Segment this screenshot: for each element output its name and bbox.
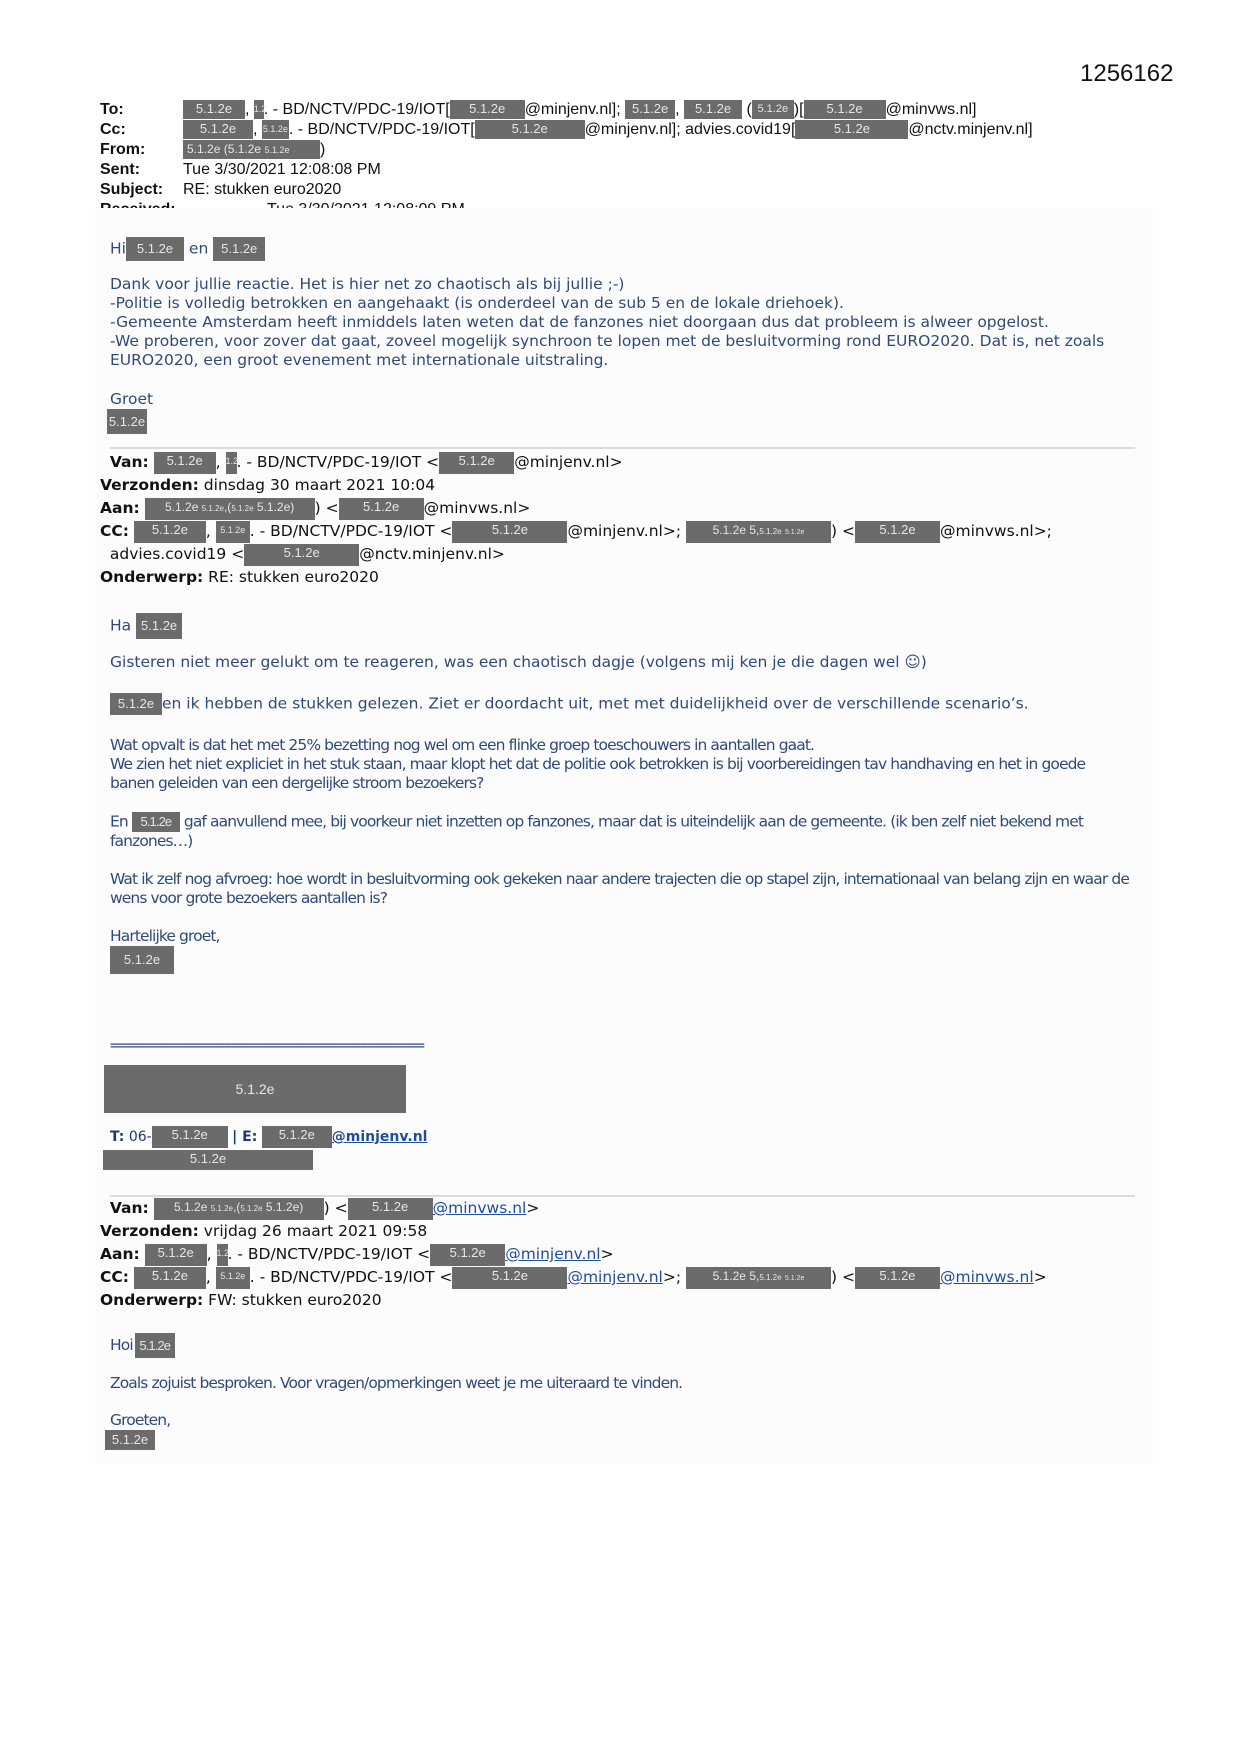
sent-row: Sent: Tue 3/30/2021 12:08:08 PM <box>100 160 1033 180</box>
redaction: 5.1.2e <box>625 100 675 119</box>
redaction: 5.1.2e <box>105 1430 155 1450</box>
redaction: 5.1.2e <box>348 1198 433 1220</box>
paragraph: -We proberen, voor zover dat gaat, zovee… <box>110 332 1130 370</box>
closing: Hartelijke groet, <box>110 927 1130 946</box>
redaction: 5.1.2e <box>213 237 265 261</box>
redaction: 5.1.2e 5.1.2e,(5.1.2e 5.1.2e) <box>145 498 315 520</box>
cc-label: Cc: <box>100 120 183 140</box>
closing: Groeten, <box>110 1411 1130 1430</box>
sent-value: Tue 3/30/2021 12:08:08 PM <box>183 160 381 180</box>
to-row: To: 5.1.2e, 1.2. - BD/NCTV/PDC-19/IOT[5.… <box>100 100 1033 120</box>
paragraph: Zoals zojuist besproken. Voor vragen/opm… <box>110 1374 1130 1393</box>
email-link[interactable]: @minjenv.nl <box>332 1129 428 1145</box>
redaction: 5.1.2e <box>430 1244 505 1266</box>
email-link[interactable]: @minvws.nl <box>940 1268 1034 1286</box>
closing: Groet <box>110 390 1130 409</box>
redaction: 5.1.2e <box>107 409 147 434</box>
paragraph: Gisteren niet meer gelukt om te reageren… <box>110 653 1130 672</box>
cc-mail: @nctv.minjenv.nl] <box>908 120 1032 140</box>
message-1-body: Hi5.1.2e en 5.1.2e Dank voor jullie reac… <box>110 237 1130 434</box>
redaction: 5.1.2e <box>450 100 525 119</box>
redaction: 5.1.2e <box>452 521 567 543</box>
redaction: 5.1.2e <box>134 521 206 543</box>
paragraph: We zien het niet expliciet in het stuk s… <box>110 755 1130 793</box>
subject-value: RE: stukken euro2020 <box>183 180 341 200</box>
redaction: 5.1.2e <box>183 120 253 139</box>
message-3-header: Van: 5.1.2e 5.1.2e,(5.1.2e 5.1.2e)) <5.1… <box>100 1197 1047 1312</box>
redaction: 5.1.2e <box>110 693 162 715</box>
separator <box>110 447 1135 449</box>
email-link[interactable]: @minvws.nl <box>433 1199 527 1217</box>
redaction: 5.1.2e <box>110 946 174 974</box>
to-label: To: <box>100 100 183 120</box>
redaction: 5.1.2e <box>216 1267 250 1289</box>
redaction: 5.1.2e <box>145 1244 207 1266</box>
redaction: 5.1.2e <box>855 1267 940 1289</box>
cc-dept: . - BD/NCTV/PDC-19/IOT[ <box>289 120 475 140</box>
email-link[interactable]: @minjenv.nl <box>505 1245 600 1263</box>
cc-row: CC: 5.1.2e, 5.1.2e. - BD/NCTV/PDC-19/IOT… <box>100 520 1052 543</box>
redaction: 5.1.2e <box>135 1333 175 1358</box>
redaction: 5.1.2e <box>452 1267 567 1289</box>
from-row: From: 5.1.2e (5.1.2e 5.1.2e) <box>100 140 1033 160</box>
greeting: Ha 5.1.2e <box>110 613 1130 639</box>
paragraph: En 5.1.2e gaf aanvullend mee, bij voorke… <box>110 812 1130 851</box>
redaction: 5.1.2e <box>244 544 359 566</box>
paragraph: Wat ik zelf nog afvroeg: hoe wordt in be… <box>110 870 1130 908</box>
van-row: Van: 5.1.2e, 1.2. - BD/NCTV/PDC-19/IOT <… <box>100 451 1052 474</box>
subject-label: Subject: <box>100 180 183 200</box>
redaction: 5.1.2e <box>439 452 514 474</box>
redaction: 5.1.2e <box>132 812 180 832</box>
email-header: To: 5.1.2e, 1.2. - BD/NCTV/PDC-19/IOT[5.… <box>100 100 1033 220</box>
redaction: 5.1.2e <box>262 120 289 139</box>
verzonden-row: Verzonden: dinsdag 30 maart 2021 10:04 <box>100 474 1052 497</box>
redaction: 5.1.2e <box>795 120 908 139</box>
aan-row: Aan: 5.1.2e 5.1.2e,(5.1.2e 5.1.2e)) <5.1… <box>100 497 1052 520</box>
redaction: 5.1.2e <box>262 1126 332 1148</box>
redaction: 5.1.2e 5,5.1.2e 5.1.2e <box>686 1267 831 1289</box>
greeting: Hoi5.1.2e <box>110 1333 1130 1358</box>
sent-label: Sent: <box>100 160 183 180</box>
redaction: 5.1.2e <box>154 452 216 474</box>
paragraph: Wat opvalt is dat het met 25% bezetting … <box>110 736 1130 755</box>
signature-contact: T: 06-5.1.2e | E: 5.1.2e@minjenv.nl <box>110 1126 427 1149</box>
redaction: 5.1.2e <box>684 100 742 119</box>
paragraph: -Politie is volledig betrokken en aangeh… <box>110 294 1130 313</box>
cc-row-2: advies.covid19 <5.1.2e@nctv.minjenv.nl> <box>100 543 1052 566</box>
message-3-body: Hoi5.1.2e Zoals zojuist besproken. Voor … <box>110 1333 1130 1450</box>
redaction: 5.1.2e <box>136 613 182 639</box>
to-mail: @minjenv.nl]; <box>525 100 621 120</box>
subject-row: Subject: RE: stukken euro2020 <box>100 180 1033 200</box>
redaction: 5.1.2e <box>216 521 250 543</box>
redaction: 1.2 <box>217 1244 228 1266</box>
aan-row: Aan: 5.1.2e, 1.2. - BD/NCTV/PDC-19/IOT <… <box>100 1243 1047 1266</box>
to-dept: . - BD/NCTV/PDC-19/IOT[ <box>264 100 450 120</box>
redaction: 5.1.2e <box>134 1267 206 1289</box>
cc-row: CC: 5.1.2e, 5.1.2e. - BD/NCTV/PDC-19/IOT… <box>100 1266 1047 1289</box>
redaction: 5.1.2e <box>752 100 794 119</box>
redaction: 1.2 <box>254 100 264 119</box>
cc-mail: @minjenv.nl]; advies.covid19[ <box>585 120 796 140</box>
page-number: 1256162 <box>1080 60 1173 88</box>
redaction: 5.1.2e 5.1.2e,(5.1.2e 5.1.2e) <box>154 1198 324 1220</box>
onderwerp-row: Onderwerp: FW: stukken euro2020 <box>100 1289 1047 1312</box>
onderwerp-row: Onderwerp: RE: stukken euro2020 <box>100 566 1052 589</box>
message-2-body: Ha 5.1.2e Gisteren niet meer gelukt om t… <box>110 613 1130 974</box>
redaction: 1.2 <box>226 452 237 474</box>
greeting: Hi5.1.2e en 5.1.2e <box>110 237 1130 261</box>
redaction: 5.1.2e <box>475 120 585 139</box>
paragraph: Dank voor jullie reactie. Het is hier ne… <box>110 275 1130 294</box>
redaction-signature: 5.1.2e <box>104 1065 406 1113</box>
redaction: 5.1.2e <box>126 237 184 261</box>
message-2-header: Van: 5.1.2e, 1.2. - BD/NCTV/PDC-19/IOT <… <box>100 451 1052 589</box>
email-link[interactable]: @minjenv.nl <box>567 1268 662 1286</box>
redaction: 5.1.2e <box>804 100 886 119</box>
redaction: 5.1.2e <box>152 1126 228 1148</box>
paragraph: -Gemeente Amsterdam heeft inmiddels late… <box>110 313 1130 332</box>
van-row: Van: 5.1.2e 5.1.2e,(5.1.2e 5.1.2e)) <5.1… <box>100 1197 1047 1220</box>
to-mail: @minvws.nl] <box>886 100 977 120</box>
signature-separator: ========================================… <box>110 1038 424 1054</box>
paragraph: 5.1.2een ik hebben de stukken gelezen. Z… <box>110 693 1130 715</box>
cc-row: Cc: 5.1.2e, 5.1.2e. - BD/NCTV/PDC-19/IOT… <box>100 120 1033 140</box>
redaction: 5.1.2e (5.1.2e 5.1.2e <box>183 140 320 159</box>
redaction: 5.1.2e <box>103 1150 313 1170</box>
redaction: 5.1.2e <box>183 100 245 119</box>
redaction: 5.1.2e 5,5.1.2e 5.1.2e <box>686 521 831 543</box>
from-label: From: <box>100 140 183 160</box>
verzonden-row: Verzonden: vrijdag 26 maart 2021 09:58 <box>100 1220 1047 1243</box>
redaction: 5.1.2e <box>855 521 940 543</box>
redaction: 5.1.2e <box>339 498 424 520</box>
